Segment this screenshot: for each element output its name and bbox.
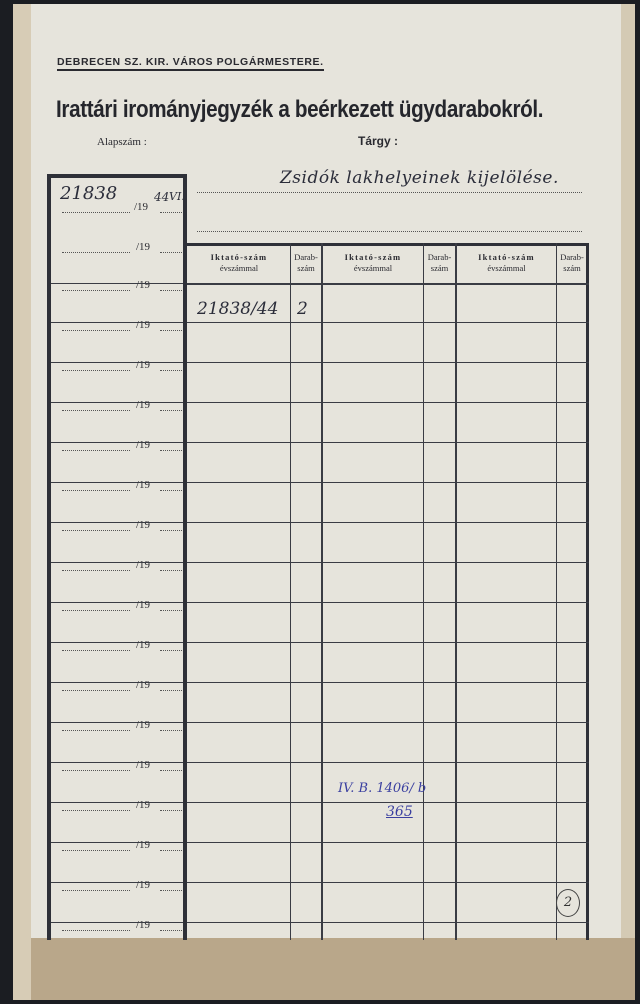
year-prefix: /19 <box>136 759 150 771</box>
col-divider <box>423 243 424 940</box>
subject-handwriting: Zsidók lakhelyeinek kijelölése. <box>280 168 559 188</box>
year-prefix: /19 <box>136 241 150 253</box>
year-prefix: /19 <box>136 879 150 891</box>
year-dotted-line <box>160 252 182 253</box>
base-number-slot: /19 <box>56 903 184 943</box>
base-slot-line <box>51 882 183 883</box>
base-slot-line <box>51 642 183 643</box>
table-row-line <box>187 602 589 603</box>
year-prefix: /19 <box>136 479 150 491</box>
base-slot-line <box>51 482 183 483</box>
col-head-darab-1: Darab-szám <box>291 252 321 274</box>
year-dotted-line <box>160 490 182 491</box>
subject-line-1 <box>197 192 582 193</box>
year-dotted-line <box>160 770 182 771</box>
paper-edge <box>621 4 635 1000</box>
iktato-handwriting: 21838/44 <box>197 299 278 319</box>
year-prefix: /19 <box>136 319 150 331</box>
col-head-darab-2: Darab-szám <box>424 252 455 274</box>
subject-line-2 <box>197 231 582 232</box>
year-prefix: /19 <box>136 799 150 811</box>
number-dotted-line <box>62 850 130 851</box>
table-row-line <box>187 322 589 323</box>
base-slot-line <box>51 522 183 523</box>
number-dotted-line <box>62 410 130 411</box>
base-number-slot: /19 <box>56 743 184 783</box>
base-number-slot: /19 <box>56 543 184 583</box>
col-divider <box>556 243 557 940</box>
base-number-slot: /19 <box>56 663 184 703</box>
number-dotted-line <box>62 890 130 891</box>
base-number-slot: /19 <box>56 583 184 623</box>
table-row-line <box>187 882 589 883</box>
year-prefix: /19 <box>136 279 150 291</box>
year-dotted-line <box>160 410 182 411</box>
table-row-line <box>187 442 589 443</box>
col-divider <box>455 243 457 940</box>
year-dotted-line <box>160 290 182 291</box>
year-dotted-line <box>160 850 182 851</box>
col-divider <box>290 243 291 940</box>
year-dotted-line <box>160 450 182 451</box>
year-prefix: /19 <box>136 639 150 651</box>
folder-bottom-band <box>31 938 635 1000</box>
number-dotted-line <box>62 290 130 291</box>
base-number-slot: /19 <box>56 783 184 823</box>
year-prefix: /19 <box>134 201 148 213</box>
table-row-line <box>187 642 589 643</box>
circled-page-number: 2 <box>556 889 580 917</box>
year-prefix: /19 <box>136 919 150 931</box>
base-slot-line <box>51 562 183 563</box>
table-row-line <box>187 922 589 923</box>
base-number-handwriting: 21838 <box>60 183 117 204</box>
year-prefix: /19 <box>136 679 150 691</box>
base-slot-line <box>51 762 183 763</box>
year-dotted-line <box>160 570 182 571</box>
base-slot-line <box>51 283 183 284</box>
col-divider <box>321 243 323 940</box>
registry-table <box>187 243 589 940</box>
year-dotted-line <box>160 890 182 891</box>
base-slot-line <box>51 322 183 323</box>
year-prefix: /19 <box>136 559 150 571</box>
year-dotted-line <box>160 370 182 371</box>
base-slot-line <box>51 922 183 923</box>
table-row-line <box>187 522 589 523</box>
alapszam-label: Alapszám : <box>97 136 147 148</box>
number-dotted-line <box>62 330 130 331</box>
base-slot-line <box>51 722 183 723</box>
base-number-slot: /19 <box>56 303 184 343</box>
base-slot-line <box>51 602 183 603</box>
table-row-line <box>187 482 589 483</box>
base-number-slot: /19 <box>56 423 184 463</box>
base-number-slot: /19 <box>56 503 184 543</box>
table-row-line <box>187 362 589 363</box>
base-number-slot: /19 <box>56 703 184 743</box>
targy-label: Tárgy : <box>358 134 398 148</box>
base-number-slot: /19 <box>56 823 184 863</box>
number-dotted-line <box>62 690 130 691</box>
year-dotted-line <box>160 610 182 611</box>
number-dotted-line <box>62 930 130 931</box>
year-dotted-line <box>160 810 182 811</box>
col-head-iktato-2: Iktató-számévszámmal <box>323 252 423 274</box>
col-head-iktato-1: Iktató-számévszámmal <box>188 252 290 274</box>
base-slot-line <box>51 442 183 443</box>
number-dotted-line <box>62 370 130 371</box>
base-number-slot: /19 <box>56 623 184 663</box>
table-row-line <box>187 842 589 843</box>
base-slot-line <box>51 802 183 803</box>
base-slot-line <box>51 682 183 683</box>
col-head-darab-3: Darab-szám <box>557 252 587 274</box>
table-row-line <box>187 283 589 285</box>
base-number-slot: /19 <box>56 463 184 503</box>
col-head-iktato-3: Iktató-számévszámmal <box>457 252 556 274</box>
base-number-slot: /19 <box>56 863 184 903</box>
table-row-line <box>187 722 589 723</box>
year-dotted-line <box>160 730 182 731</box>
number-dotted-line <box>62 770 130 771</box>
number-dotted-line <box>62 650 130 651</box>
base-month-handwriting: VI. <box>169 190 185 203</box>
year-prefix: /19 <box>136 439 150 451</box>
base-number-slot: /19 <box>56 225 184 265</box>
number-dotted-line <box>62 490 130 491</box>
archive-reference-sub: 365 <box>386 804 413 820</box>
number-dotted-line <box>62 212 130 213</box>
year-dotted-line <box>160 330 182 331</box>
year-dotted-line <box>160 690 182 691</box>
base-number-slot: /19 <box>56 343 184 383</box>
base-slot-line <box>51 362 183 363</box>
year-prefix: /19 <box>136 359 150 371</box>
number-dotted-line <box>62 450 130 451</box>
form-title: Irattári irományjegyzék a beérkezett ügy… <box>56 96 543 124</box>
number-dotted-line <box>62 252 130 253</box>
year-prefix: /19 <box>136 839 150 851</box>
number-dotted-line <box>62 570 130 571</box>
table-row-line <box>187 802 589 803</box>
table-row-line <box>187 682 589 683</box>
number-dotted-line <box>62 730 130 731</box>
number-dotted-line <box>62 810 130 811</box>
table-row-line <box>187 762 589 763</box>
year-prefix: /19 <box>136 599 150 611</box>
year-prefix: /19 <box>136 399 150 411</box>
year-dotted-line <box>160 212 182 213</box>
year-prefix: /19 <box>136 719 150 731</box>
base-year-handwriting: 44 <box>154 190 169 204</box>
year-prefix: /19 <box>136 519 150 531</box>
year-dotted-line <box>160 650 182 651</box>
table-row-line <box>187 402 589 403</box>
base-number-slot: /19 <box>56 383 184 423</box>
darab-handwriting: 2 <box>297 299 308 319</box>
year-dotted-line <box>160 930 182 931</box>
base-slot-line <box>51 842 183 843</box>
number-dotted-line <box>62 610 130 611</box>
archive-reference: IV. B. 1406/ b <box>338 781 426 796</box>
number-dotted-line <box>62 530 130 531</box>
issuer-header: DEBRECEN SZ. KIR. VÁROS POLGÁRMESTERE. <box>57 56 324 71</box>
year-dotted-line <box>160 530 182 531</box>
base-slot-line <box>51 402 183 403</box>
table-row-line <box>187 562 589 563</box>
